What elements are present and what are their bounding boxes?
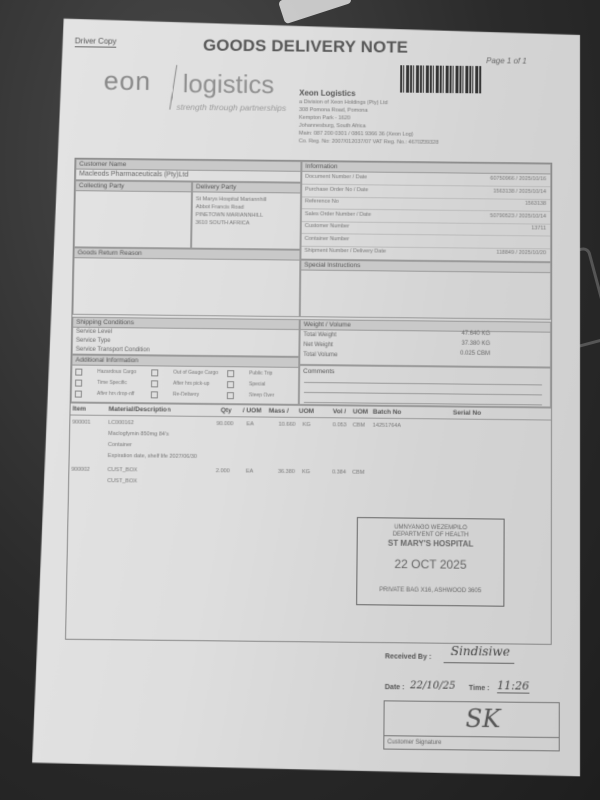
info-row-value: 118849 / 2025/10/20	[496, 250, 546, 256]
weight-row-value: 47.640 KG	[462, 331, 491, 337]
delivery-line: 3610 SOUTH AFRICA	[195, 220, 249, 226]
column-header: Material/Description	[109, 406, 171, 414]
checkbox[interactable]	[227, 370, 234, 377]
info-row-label: Reference No	[305, 198, 339, 204]
customer-value: Macleods Pharmaceuticals (Pty)Ltd	[79, 171, 188, 179]
received-by-value: Sindisiwe	[451, 644, 510, 659]
weight-row-value: 0.025 CBM	[460, 351, 490, 357]
special-instructions-section: Special Instructions	[300, 260, 551, 320]
table-row: 900001LC000162Maclogfymin 850mg 84'sCont…	[69, 420, 550, 470]
customer-signature-label: Customer Signature	[384, 735, 558, 750]
table-row: 900002CUST_BOXCUST_BOX2.000EA36.380KG0.3…	[69, 467, 551, 495]
mass: 36.380	[278, 469, 295, 475]
delivery-note-page: Driver Copy GOODS DELIVERY NOTE Page 1 o…	[32, 11, 580, 776]
info-row-value: 13711	[531, 225, 546, 231]
delivery-party-section: Delivery Party St Marys Hospital Mariann…	[191, 182, 301, 250]
checkbox[interactable]	[75, 369, 82, 376]
logo-tagline: strength through partnerships	[176, 102, 286, 113]
checkbox-label: Steep Over	[249, 392, 274, 398]
checkbox[interactable]	[151, 369, 158, 376]
checkbox-label: Out of Gauge Cargo	[173, 370, 218, 376]
mass: 10.660	[279, 422, 296, 428]
service-transport-label: Service Transport Condition	[76, 347, 150, 354]
info-row-value: 50790523 / 2025/10/14	[490, 213, 546, 220]
special-instructions-label: Special Instructions	[301, 261, 550, 273]
weight-row-label: Total Volume	[303, 352, 337, 358]
time-label: Time :	[469, 685, 490, 692]
checkbox-label: Re-Delivery	[173, 392, 199, 398]
weight-volume-label: Weight / Volume	[301, 320, 550, 333]
info-row-label: Purchase Order No / Date	[305, 186, 368, 193]
column-header: Mass /	[269, 408, 289, 415]
material-code: LC000162	[108, 420, 134, 426]
volume: 0.384	[332, 469, 346, 475]
info-row-label: Sales Order Number / Date	[305, 211, 371, 218]
checkbox-label: Hazardous Cargo	[97, 369, 136, 375]
document-title: GOODS DELIVERY NOTE	[203, 36, 408, 58]
quantity: 2.000	[216, 468, 230, 474]
info-row-value: 1563138	[525, 201, 546, 207]
info-row-value: 60750966 / 2025/10/16	[490, 176, 546, 182]
batch-number: 14251764A	[373, 423, 401, 429]
date-label: Date :	[385, 684, 405, 691]
material-description: Maclogfymin 850mg 84's	[108, 431, 169, 438]
mass-uom: KG	[302, 469, 310, 475]
customer-signature-box: SK Customer Signature	[383, 700, 559, 751]
quantity-uom: EA	[246, 421, 253, 427]
date-value: 22/10/25	[410, 680, 456, 692]
info-row-label: Document Number / Date	[305, 174, 367, 181]
information-label: Information	[302, 162, 550, 174]
checkbox[interactable]	[151, 391, 158, 398]
checkbox[interactable]	[75, 391, 82, 398]
column-header: Serial No	[453, 410, 481, 417]
background-object	[278, 0, 352, 24]
info-row-label: Container Number	[305, 235, 350, 241]
quantity-uom: EA	[246, 469, 253, 475]
material-description: CUST_BOX	[107, 478, 137, 484]
stamp-hospital-name: ST MARY'S HOSPITAL	[358, 538, 504, 549]
goods-return-label: Goods Return Reason	[75, 248, 300, 260]
received-by-line	[444, 662, 515, 664]
volume-uom: CBM	[353, 422, 365, 428]
checkbox-label: After hrs drop-off	[97, 391, 135, 397]
customer-signature: SK	[465, 704, 500, 733]
info-row-label: Shipment Number / Delivery Date	[304, 248, 386, 255]
page-number: Page 1 of 1	[486, 56, 526, 65]
weight-volume-section: Weight / Volume Total Weight47.640 KGNet…	[299, 319, 551, 367]
company-address: Xeon Logistics a Division of Xeon Holdin…	[299, 88, 439, 147]
mass-uom: KG	[303, 422, 311, 428]
item-number: 900001	[72, 420, 90, 426]
shipping-section: Shipping Conditions Service Level Servic…	[72, 317, 300, 357]
column-header: Vol /	[333, 408, 346, 415]
weight-row-label: Net Weight	[303, 342, 333, 348]
checkbox[interactable]	[227, 381, 234, 388]
checkbox-label: Time Specific	[97, 380, 127, 386]
quantity: 90.000	[216, 421, 233, 427]
column-header: UOM	[353, 408, 368, 415]
delivery-line: PINETOWN MARIANNHILL	[196, 212, 264, 219]
customer-section: Customer Name Macleods Pharmaceuticals (…	[75, 159, 301, 183]
stamp-address: PRIVATE BAG X16, ASHWOOD 3605	[357, 587, 503, 595]
column-header: Item	[73, 406, 87, 413]
logo-eon: eon	[103, 66, 151, 97]
checkbox[interactable]	[151, 380, 158, 387]
weight-row-label: Total Weight	[304, 332, 337, 338]
service-type-label: Service Type	[76, 338, 111, 344]
additional-info-label: Additional Information	[72, 356, 298, 368]
column-header: Batch No	[373, 409, 402, 416]
column-header: Qty	[221, 407, 232, 414]
comments-label: Comments	[303, 368, 334, 375]
logo-logistics: logistics	[183, 69, 275, 100]
checkbox-label: After hrs pick-up	[173, 381, 209, 387]
additional-info-section: Additional Information Hazardous CargoOu…	[71, 355, 300, 405]
material-description: Container	[108, 442, 132, 448]
comments-section: Comments	[299, 365, 551, 408]
column-header: / UOM	[243, 407, 262, 414]
info-row-label: Customer Number	[305, 223, 350, 229]
material-code: CUST_BOX	[107, 467, 137, 473]
info-row-value: 1563138 / 2025/10/14	[493, 188, 546, 194]
checkbox[interactable]	[75, 380, 82, 387]
goods-return-section: Goods Return Reason	[72, 247, 300, 317]
information-section: Information Document Number / Date607509…	[300, 161, 551, 262]
collecting-party-label: Collecting Party	[76, 181, 191, 192]
item-number: 900002	[71, 467, 90, 473]
time-value: 11:26	[497, 679, 529, 694]
hospital-stamp: UMNYANGO WEZEMPILO DEPARTMENT OF HEALTH …	[356, 517, 504, 607]
stamp-date: 22 OCT 2025	[357, 556, 503, 572]
delivery-line: Abbot Francis Road	[196, 204, 244, 210]
delivery-party-label: Delivery Party	[193, 183, 300, 194]
weight-row-value: 37.380 KG	[462, 341, 491, 347]
checkbox-label: Special	[249, 381, 265, 387]
received-by-label: Received By :	[385, 653, 431, 661]
volume: 0.053	[333, 422, 347, 428]
volume-uom: CBM	[352, 470, 364, 476]
delivery-line: St Marys Hospital Mariannhill	[196, 196, 267, 203]
column-header: UOM	[299, 408, 314, 415]
copy-label: Driver Copy	[75, 37, 117, 48]
material-description: Expiration date, shelf life 2027/06/30	[108, 453, 197, 460]
company-line: Co. Reg. No: 2007/012037/07 VAT Reg. No.…	[299, 137, 439, 146]
info-row-divider	[302, 196, 550, 200]
service-level-label: Service Level	[76, 329, 112, 335]
checkbox-label: Public Trip	[249, 370, 272, 376]
checkbox[interactable]	[227, 392, 234, 399]
collecting-party-section: Collecting Party	[74, 180, 192, 248]
